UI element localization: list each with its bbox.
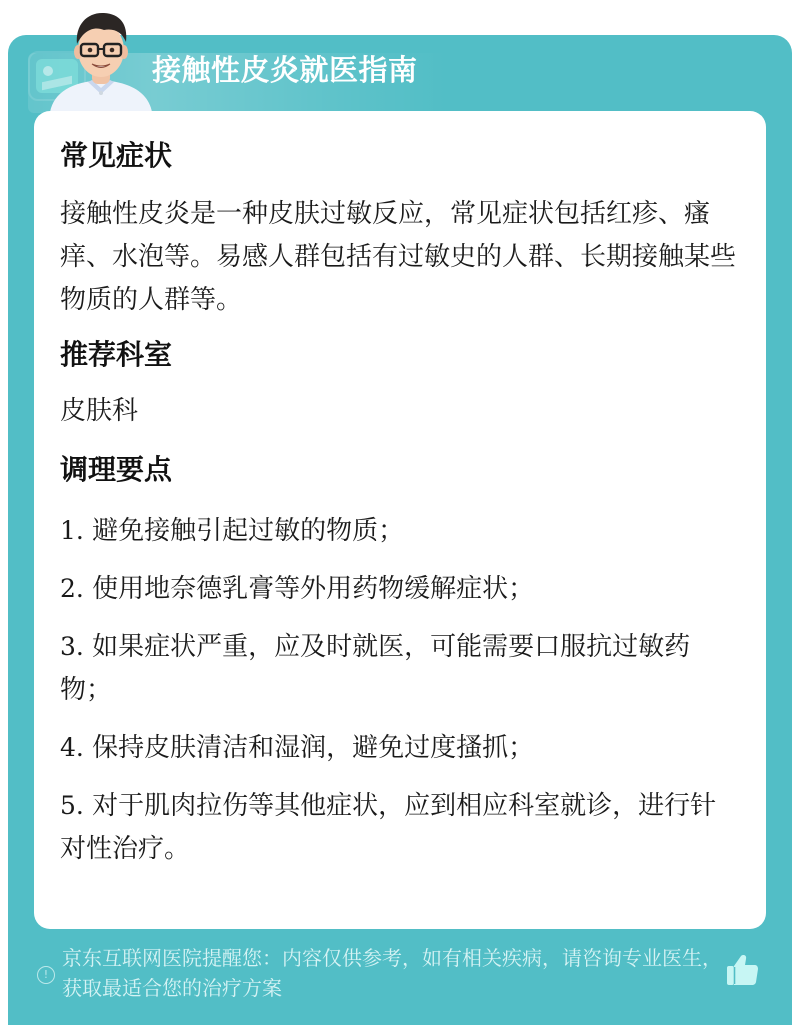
list-item: 4. 保持皮肤清洁和湿润，避免过度搔抓； xyxy=(60,726,740,770)
section-symptoms: 常见症状 接触性皮炎是一种皮肤过敏反应，常见症状包括红疹、瘙痒、水泡等。易感人群… xyxy=(60,133,740,322)
doctor-avatar xyxy=(42,8,160,112)
section-title: 推荐科室 xyxy=(60,332,740,378)
disclaimer-text: 京东互联网医院提醒您：内容仅供参考，如有相关疾病，请咨询专业医生，获取最适合您的… xyxy=(62,943,732,1003)
page-title: 接触性皮炎就医指南 xyxy=(152,50,418,90)
list-item: 1. 避免接触引起过敏的物质； xyxy=(60,509,740,553)
item-text: 对于肌肉拉伤等其他症状，应到相应科室就诊，进行针对性治疗。 xyxy=(60,791,716,864)
section-department: 推荐科室 皮肤科 xyxy=(60,332,740,433)
item-number: 4. xyxy=(60,733,84,762)
item-number: 5. xyxy=(60,791,84,820)
item-number: 2. xyxy=(60,574,84,603)
thumbs-up-icon[interactable] xyxy=(724,952,760,988)
item-number: 3. xyxy=(60,632,84,661)
item-text: 如果症状严重，应及时就医，可能需要口服抗过敏药物； xyxy=(60,632,690,705)
care-tips-list: 1. 避免接触引起过敏的物质； 2. 使用地奈德乳膏等外用药物缓解症状； 3. … xyxy=(60,509,740,871)
symptoms-text: 接触性皮炎是一种皮肤过敏反应，常见症状包括红疹、瘙痒、水泡等。易感人群包括有过敏… xyxy=(60,193,740,322)
section-title: 常见症状 xyxy=(60,133,740,179)
list-item: 3. 如果症状严重，应及时就医，可能需要口服抗过敏药物； xyxy=(60,625,740,712)
department-text: 皮肤科 xyxy=(60,390,740,433)
list-item: 2. 使用地奈德乳膏等外用药物缓解症状； xyxy=(60,567,740,611)
item-text: 保持皮肤清洁和湿润，避免过度搔抓； xyxy=(92,733,534,763)
item-text: 避免接触引起过敏的物质； xyxy=(92,516,404,546)
section-title: 调理要点 xyxy=(60,447,740,493)
list-item: 5. 对于肌肉拉伤等其他症状，应到相应科室就诊，进行针对性治疗。 xyxy=(60,784,740,871)
content-card: 常见症状 接触性皮炎是一种皮肤过敏反应，常见症状包括红疹、瘙痒、水泡等。易感人群… xyxy=(34,111,766,929)
info-icon: ! xyxy=(37,966,55,984)
item-number: 1. xyxy=(60,516,84,545)
item-text: 使用地奈德乳膏等外用药物缓解症状； xyxy=(92,574,534,604)
section-care-tips: 调理要点 1. 避免接触引起过敏的物质； 2. 使用地奈德乳膏等外用药物缓解症状… xyxy=(60,447,740,871)
